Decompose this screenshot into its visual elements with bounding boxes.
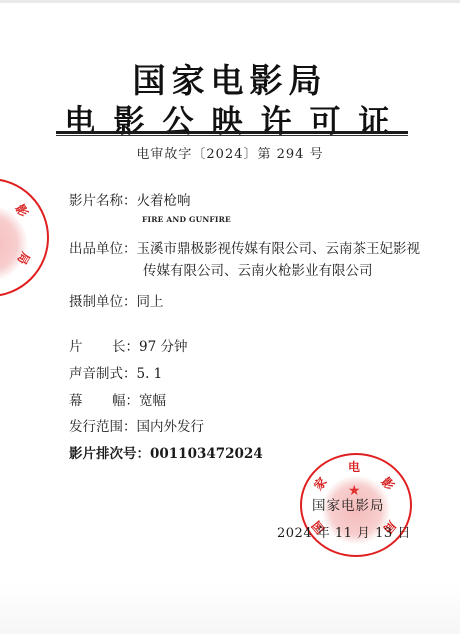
title-divider-thick [56, 131, 408, 134]
field-value: 玉溪市鼎极影视传媒有限公司、云南茶王妃影视 [137, 241, 421, 257]
field-label: 片长： [69, 335, 139, 355]
field-value: 97 分钟 [139, 339, 187, 355]
label-part: 幕 [69, 389, 83, 409]
label-part: 片 [69, 335, 83, 355]
top-edge-shadow [0, 0, 460, 3]
field-screen: 幕幅：宽幅 [69, 389, 166, 409]
seal-char: 电 [348, 458, 360, 475]
field-value: 宽幅 [139, 393, 166, 409]
field-production: 摄制单位：同上 [69, 290, 164, 310]
field-value: 5. 1 [137, 366, 163, 382]
field-label: 声音制式： [69, 366, 137, 382]
field-value: 同上 [137, 294, 164, 310]
field-label: 摄制单位： [69, 294, 137, 310]
label-part: 幅： [112, 389, 139, 409]
film-english-title: FIRE AND GUNFIRE [142, 215, 231, 224]
signature-date: 2024 年 11 月 13 日 [277, 522, 411, 541]
label-part: 长： [112, 335, 139, 355]
field-label: 发行范围： [69, 419, 137, 435]
document-number: 电审故字〔2024〕第 294 号 [0, 143, 460, 162]
field-value: 火着枪响 [137, 193, 191, 209]
field-value: 001103472024 [150, 446, 263, 462]
field-value: 国内外发行 [137, 419, 205, 435]
official-seal-left: 影 局 [0, 178, 49, 297]
field-length: 片长：97 分钟 [69, 335, 187, 355]
issuer-header: 国家电影局 [0, 55, 460, 102]
field-distribution: 发行范围：国内外发行 [69, 415, 204, 435]
field-producer: 出品单位：玉溪市鼎极影视传媒有限公司、云南茶王妃影视 传媒有限公司、云南火枪影业… [69, 238, 420, 282]
field-film-name: 影片名称：火着枪响 [69, 189, 191, 209]
field-label: 出品单位： [69, 241, 137, 257]
field-value-continued: 传媒有限公司、云南火枪影业有限公司 [69, 260, 420, 282]
field-label: 影片名称： [69, 189, 137, 209]
signature-issuer: 国家电影局 [312, 494, 385, 514]
license-document: 影 局 国家电影局 电影公映许可证 电审故字〔2024〕第 294 号 影片名称… [0, 0, 460, 634]
seal-char: 局 [14, 249, 35, 268]
field-sound: 声音制式：5. 1 [69, 362, 162, 382]
field-serial-number: 影片排次号：001103472024 [69, 442, 263, 462]
seal-char: 家 [310, 473, 331, 493]
seal-char: 影 [378, 473, 399, 493]
field-label: 幕幅： [69, 389, 139, 409]
seal-char: 影 [12, 201, 33, 220]
field-label: 影片排次号： [69, 446, 150, 462]
title-divider-thin [56, 135, 408, 136]
